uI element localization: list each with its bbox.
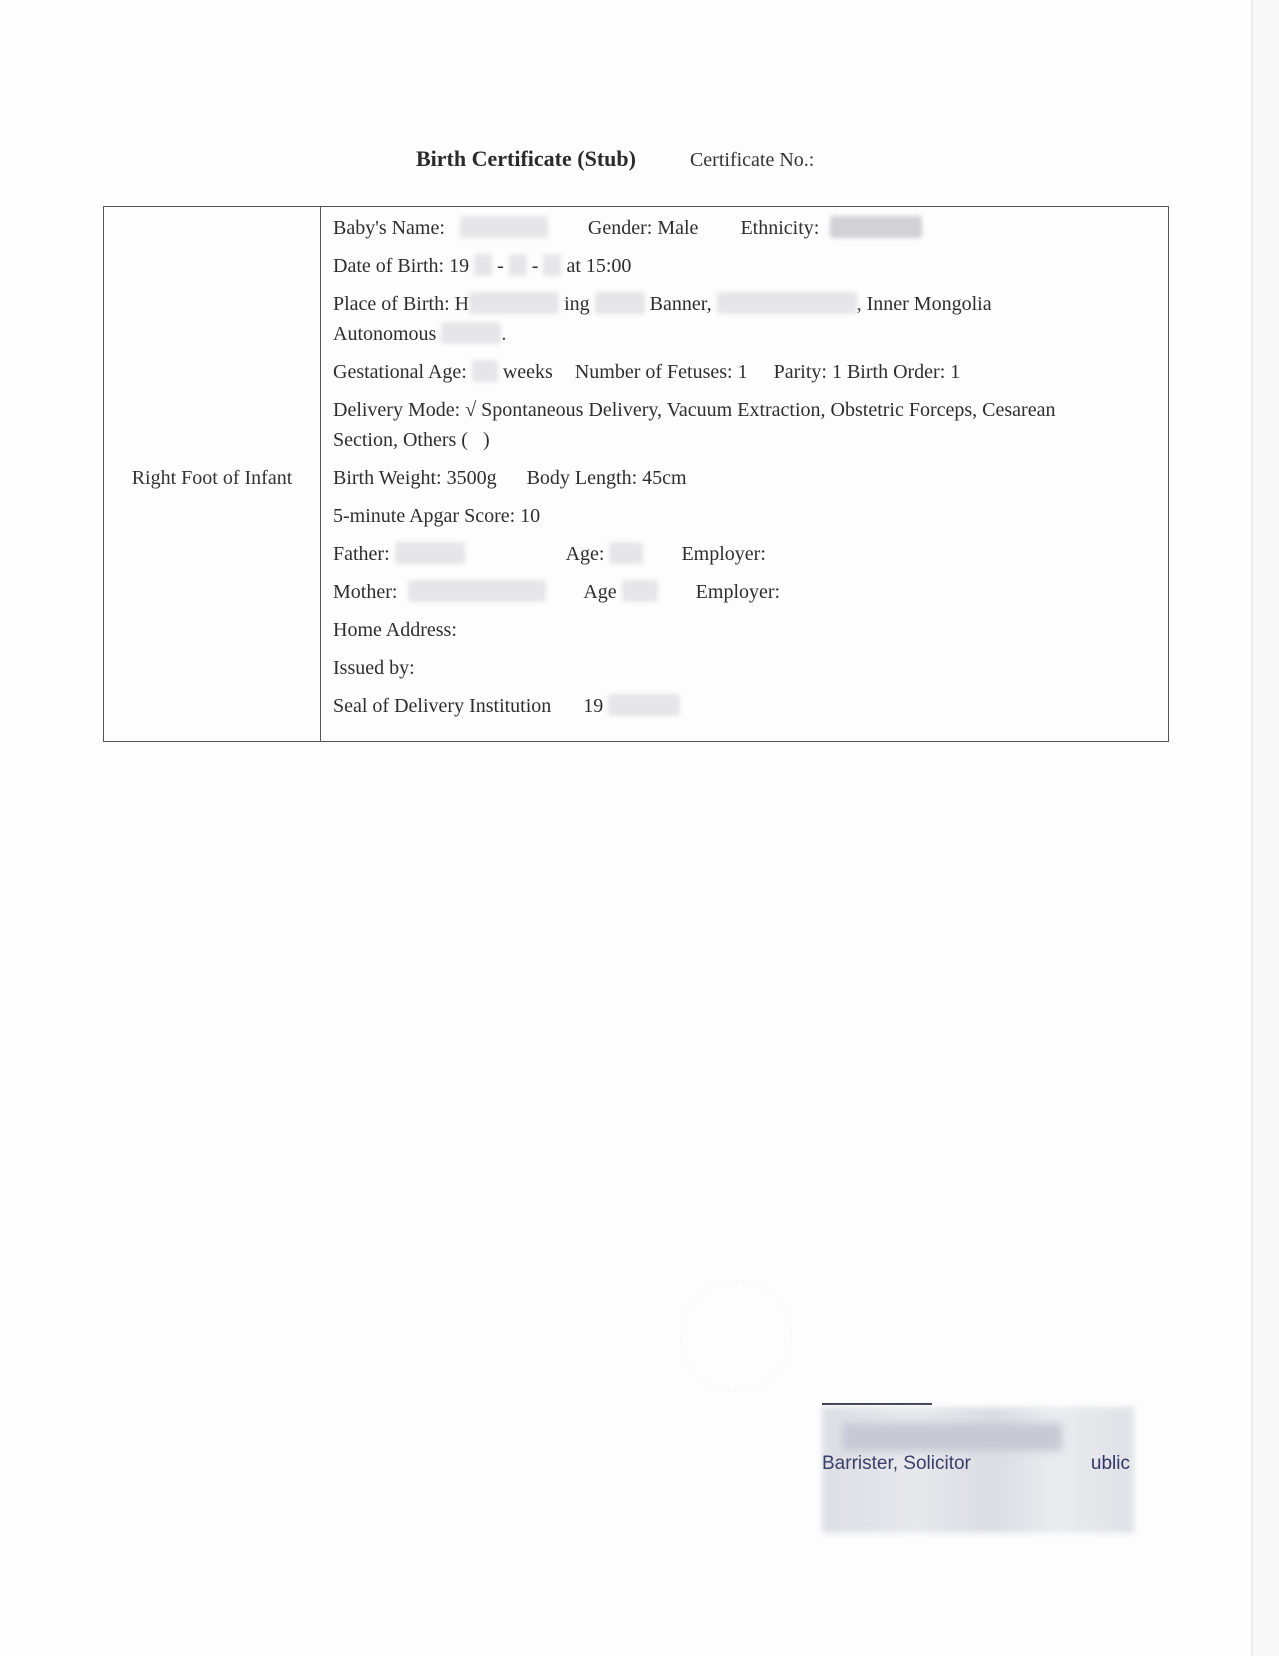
redacted-place-2 [595, 292, 645, 314]
row-weight-length: Birth Weight: 3500g Body Length: 45cm [333, 463, 1156, 493]
redacted-father-name [395, 542, 465, 564]
row-place-of-birth: Place of Birth: H ing Banner, , Inner Mo… [333, 289, 1156, 349]
row-seal: Seal of Delivery Institution 19 [333, 691, 1156, 721]
dob-separator-2: - [532, 255, 539, 277]
redacted-mother-name [408, 580, 546, 602]
baby-name-label: Baby's Name: [333, 217, 445, 239]
place-fragment-2: ing [564, 293, 590, 315]
delivery-mode-line-1: Delivery Mode: √ Spontaneous Delivery, V… [333, 399, 1055, 421]
gestational-label: Gestational Age: [333, 361, 467, 383]
redacted-ethnicity [830, 216, 922, 238]
redacted-mother-age [622, 580, 658, 602]
mother-label: Mother: [333, 581, 397, 603]
faint-seal-impression [680, 1280, 792, 1392]
dob-separator-1: - [497, 255, 504, 277]
redacted-dob-month [509, 254, 527, 276]
parity-field: Parity: 1 [774, 361, 842, 383]
row-date-of-birth: Date of Birth: 19 - - at 15:00 [333, 251, 1156, 281]
row-father: Father: Age: Employer: [333, 539, 1156, 569]
row-baby-name: Baby's Name: Gender: Male Ethnicity: [333, 213, 1156, 243]
father-label: Father: [333, 543, 390, 565]
birth-order-field: Birth Order: 1 [847, 361, 960, 383]
birth-certificate-table: Right Foot of Infant Baby's Name: Gender… [103, 206, 1169, 742]
delivery-mode-line-2: Section, Others ( ) [333, 429, 490, 451]
mother-age-label: Age [583, 581, 616, 603]
certificate-number-label: Certificate No.: [690, 149, 814, 172]
seal-date-prefix: 19 [583, 695, 603, 717]
ethnicity-label: Ethnicity: [740, 217, 819, 239]
redacted-baby-name [460, 216, 548, 238]
redacted-dob-year [474, 254, 492, 276]
birth-weight-field: Birth Weight: 3500g [333, 467, 497, 489]
right-foot-print-cell: Right Foot of Infant [104, 207, 321, 742]
issued-by-label: Issued by: [333, 657, 415, 679]
row-delivery-mode: Delivery Mode: √ Spontaneous Delivery, V… [333, 395, 1156, 455]
apgar-field: 5-minute Apgar Score: 10 [333, 505, 540, 527]
stamp-text-left: Barrister, Solicitor [822, 1453, 971, 1475]
place-line-2: Autonomous [333, 323, 436, 345]
info-cell: Baby's Name: Gender: Male Ethnicity: Dat… [321, 207, 1169, 742]
place-fragment-1: H [455, 293, 469, 315]
gestational-unit: weeks [503, 361, 553, 383]
redacted-place-3 [717, 292, 857, 314]
redacted-dob-day [543, 254, 561, 276]
page-shadow [1253, 0, 1279, 1656]
document-title: Birth Certificate (Stub) [416, 146, 636, 172]
row-home-address: Home Address: [333, 615, 1156, 645]
gender-field: Gender: Male [588, 217, 699, 239]
place-fragment-4: , Inner Mongolia [857, 293, 992, 315]
row-issued-by: Issued by: [333, 653, 1156, 683]
dob-time: at 15:00 [566, 255, 631, 277]
place-end: . [501, 323, 506, 345]
home-address-label: Home Address: [333, 619, 457, 641]
place-fragment-3: Banner, [650, 293, 712, 315]
stamp-text-right: ublic [1091, 1453, 1130, 1475]
seal-label: Seal of Delivery Institution [333, 695, 551, 717]
redacted-gestational-weeks [472, 360, 498, 382]
redacted-seal-date [608, 694, 680, 716]
right-foot-label: Right Foot of Infant [132, 467, 293, 489]
redacted-father-age [609, 542, 643, 564]
stamp-rule-line [822, 1403, 932, 1405]
mother-employer-label: Employer: [696, 581, 780, 603]
row-apgar: 5-minute Apgar Score: 10 [333, 501, 1156, 531]
fetuses-field: Number of Fetuses: 1 [575, 361, 748, 383]
redacted-place-1 [469, 292, 559, 314]
place-label: Place of Birth: [333, 293, 450, 315]
body-length-field: Body Length: 45cm [527, 467, 687, 489]
redacted-stamp-name [842, 1423, 1062, 1451]
row-gestational: Gestational Age: weeks Number of Fetuses… [333, 357, 1156, 387]
document-header: Birth Certificate (Stub) Certificate No.… [416, 146, 814, 172]
dob-prefix: Date of Birth: 19 [333, 255, 469, 277]
notary-stamp: Barrister, Solicitor ublic [822, 1403, 1134, 1533]
father-age-label: Age: [566, 543, 605, 565]
row-mother: Mother: Age Employer: [333, 577, 1156, 607]
redacted-place-4 [441, 322, 501, 344]
father-employer-label: Employer: [681, 543, 765, 565]
